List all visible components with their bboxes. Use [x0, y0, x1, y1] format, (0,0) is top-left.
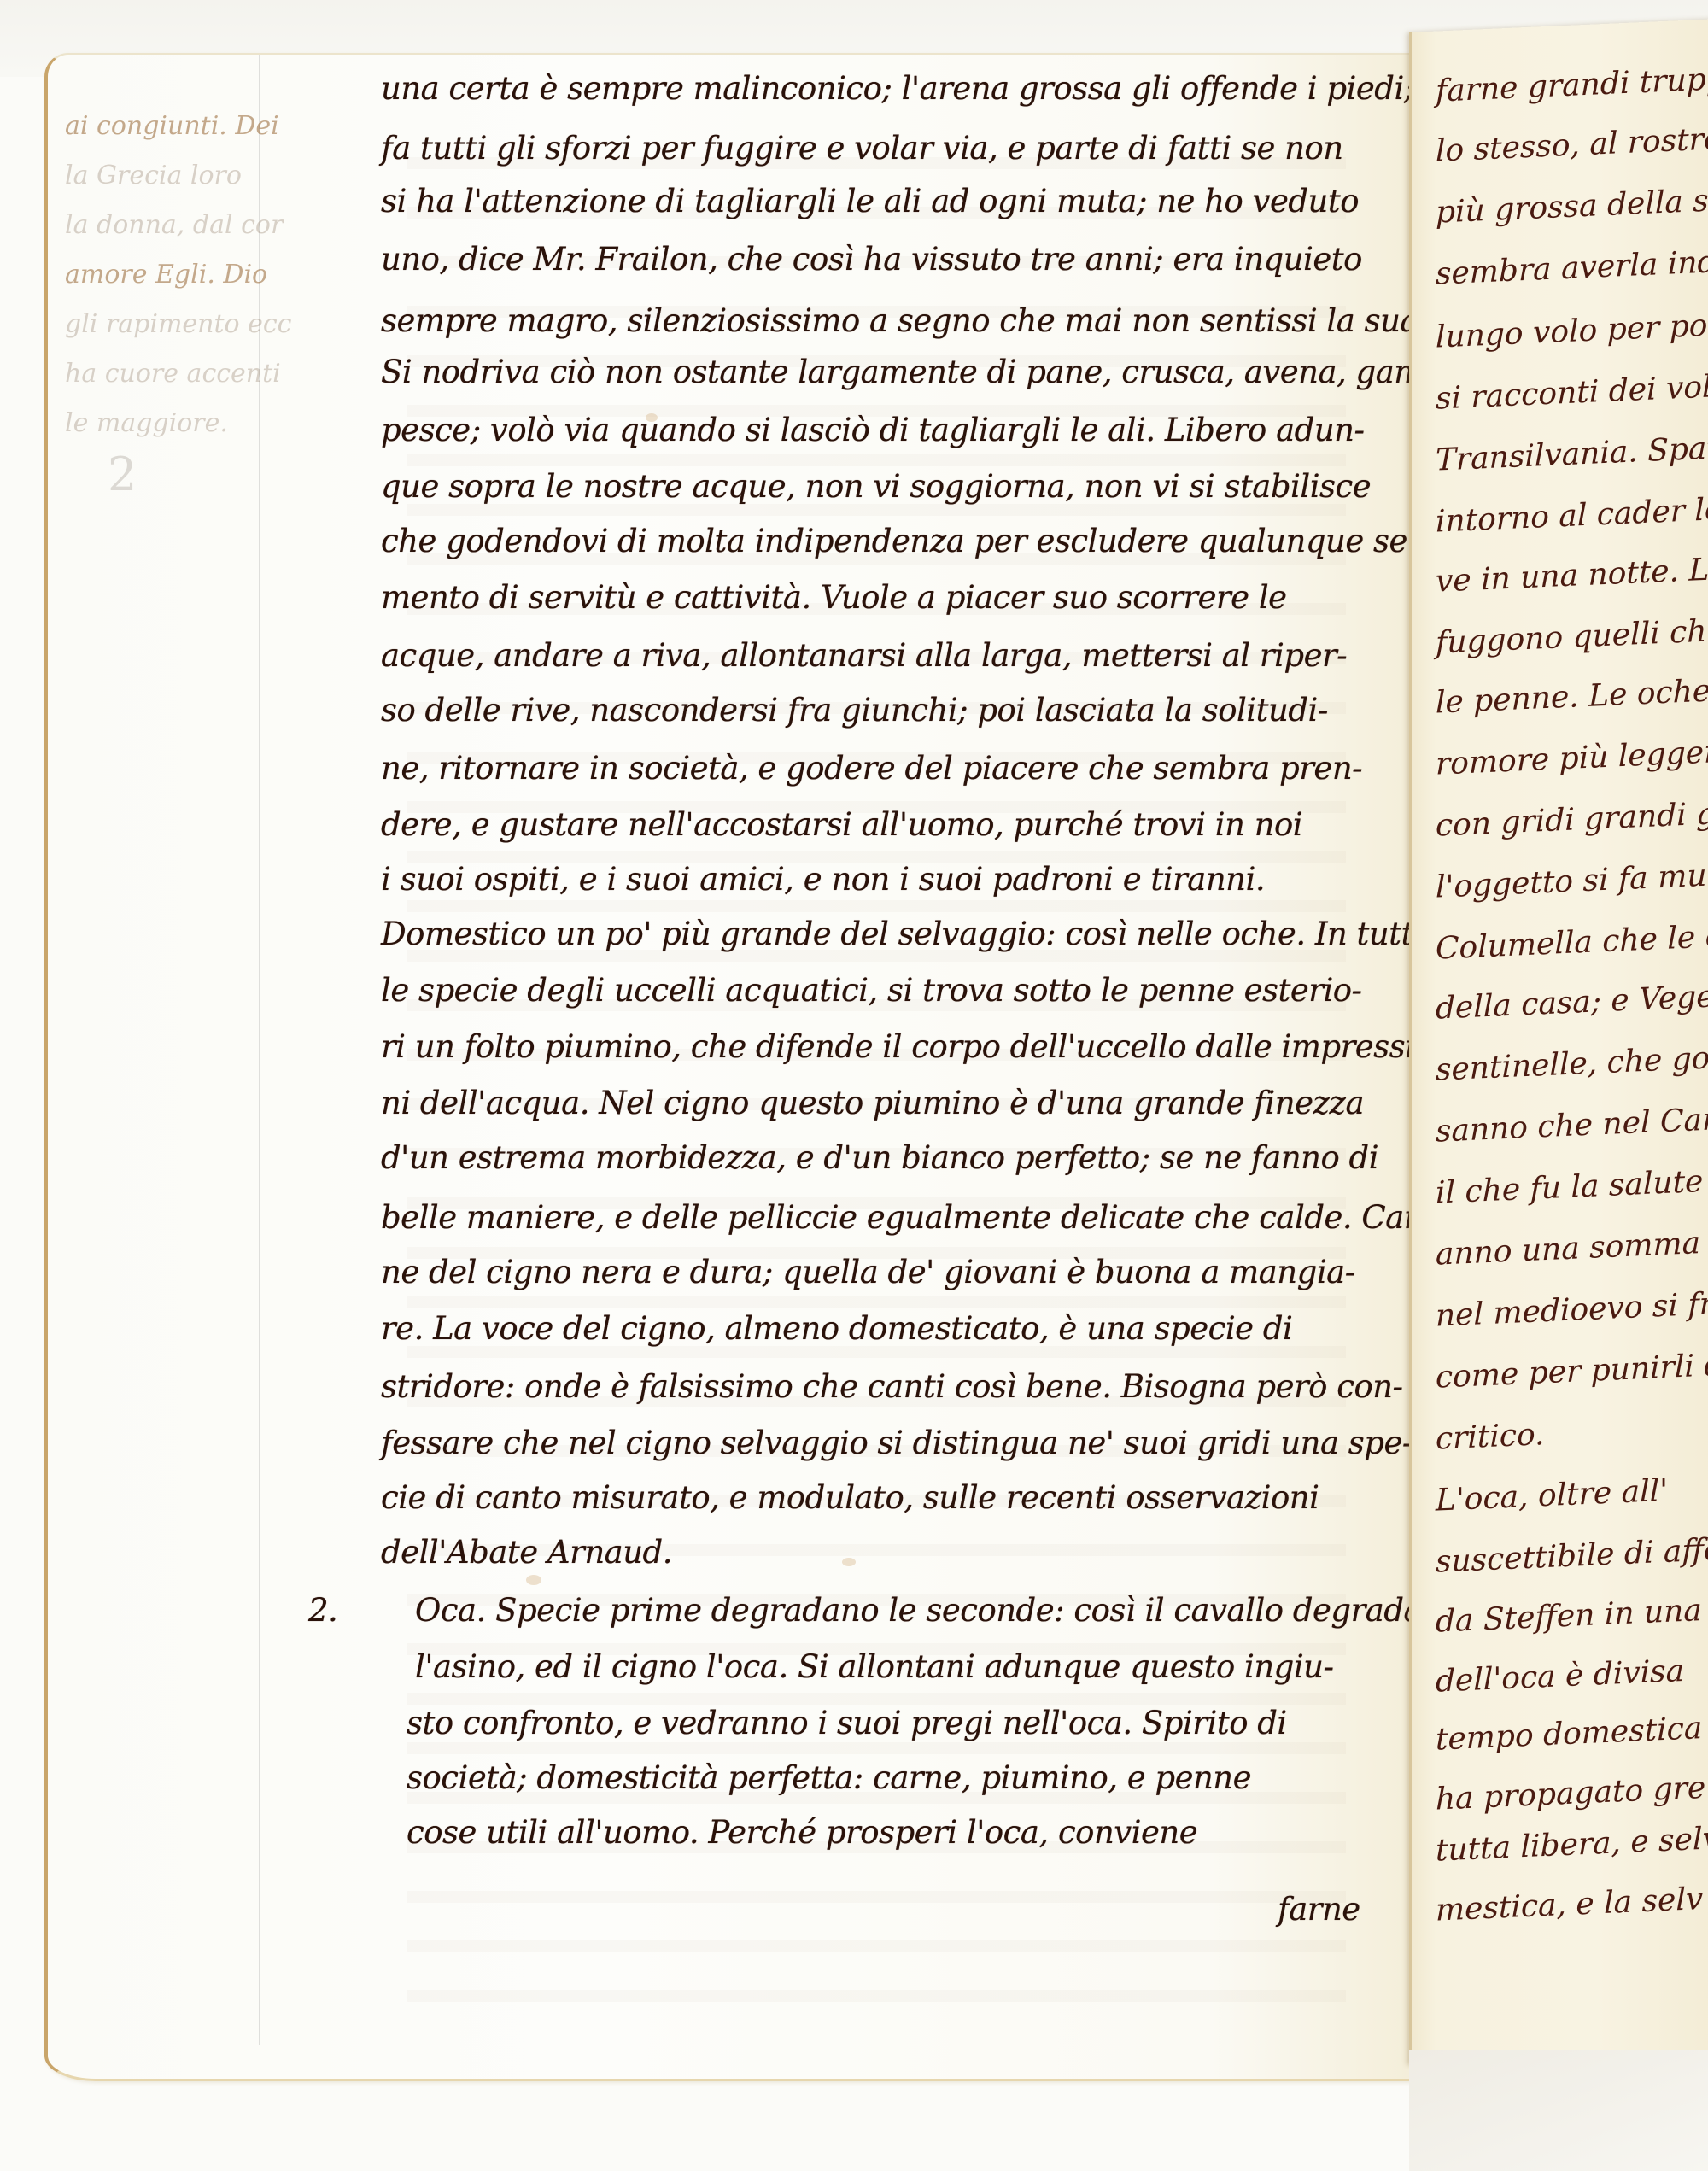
text-line: so delle rive, nascondersi fra giunchi; …	[381, 692, 1328, 729]
text-line: d'un estrema morbidezza, e d'un bianco p…	[381, 1139, 1378, 1176]
margin-note-line: la Grecia loro	[65, 151, 253, 201]
text-line: uno, dice Mr. Frailon, che così ha vissu…	[381, 241, 1362, 278]
text-line: ni dell'acqua. Nel cigno questo piumino …	[381, 1085, 1364, 1121]
text-line: le specie degli uccelli acquatici, si tr…	[381, 972, 1362, 1009]
text-line: si racconti dei voli	[1436, 369, 1708, 417]
text-line: l'asino, ed il cigno l'oca. Si allontani…	[415, 1648, 1334, 1685]
text-line: mento di servitù e cattività. Vuole a pi…	[381, 579, 1287, 616]
text-line: nel medioevo si fra	[1436, 1285, 1708, 1333]
page-number: 2	[108, 448, 137, 501]
text-line: Domestico un po' più grande del selvaggi…	[381, 916, 1431, 952]
margin-note-line: ai congiunti. Dei	[65, 102, 253, 151]
text-line: pesce; volò via quando si lasciò di tagl…	[381, 412, 1364, 448]
text-line: farne grandi truppe,	[1436, 60, 1708, 108]
left-page: ai congiunti. Dei la Grecia loro la donn…	[44, 53, 1414, 2081]
text-line: sentinelle, che gova	[1436, 1039, 1708, 1088]
section-number: 2.	[308, 1592, 337, 1629]
text-line: L'oca, oltre all'	[1436, 1473, 1668, 1519]
ink-stain	[842, 1558, 856, 1566]
text-line: come per punirli d	[1436, 1348, 1708, 1396]
text-line: della casa; e Vegezi	[1436, 978, 1708, 1027]
text-line: dell'Abate Arnaud.	[381, 1534, 672, 1571]
text-line: anno una somma p	[1436, 1225, 1708, 1273]
text-line: più grossa della selvaggi	[1436, 178, 1708, 231]
text-line: sanno che nel Campi	[1436, 1100, 1708, 1150]
text-line: Oca. Specie prime degradano le seconde: …	[415, 1592, 1422, 1629]
text-line: società; domesticità perfetta: carne, pi…	[407, 1759, 1251, 1796]
catchword: farne	[1278, 1891, 1360, 1928]
text-line: tutta libera, e selv	[1436, 1821, 1708, 1869]
text-line: acque, andare a riva, allontanarsi alla …	[381, 637, 1347, 674]
text-line: cose utili all'uomo. Perché prosperi l'o…	[407, 1814, 1197, 1851]
text-line: Si nodriva ciò non ostante largamente di…	[381, 354, 1486, 390]
text-line: critico.	[1436, 1417, 1545, 1457]
backdrop-bottom	[1409, 2050, 1708, 2171]
text-line: re. La voce del cigno, almeno domesticat…	[381, 1310, 1292, 1347]
margin-note-line: ha cuore accenti	[65, 349, 253, 399]
text-line: con gridi grandi gl	[1436, 796, 1708, 844]
text-line: le penne. Le oche	[1436, 674, 1708, 721]
text-line: lungo volo per potersi	[1436, 305, 1708, 355]
text-line: lo stesso, al rostro, e	[1436, 120, 1708, 169]
text-line: sembra averla indebolit	[1436, 241, 1708, 292]
text-line: da Steffen in una	[1436, 1593, 1702, 1640]
margin-note-line: le maggiore.	[65, 399, 253, 448]
text-line: si ha l'attenzione di tagliargli le ali …	[381, 183, 1359, 219]
text-line: romore più leggero	[1436, 734, 1708, 781]
text-line: che godendovi di molta indipendenza per …	[381, 523, 1459, 559]
text-line: sto confronto, e vedranno i suoi pregi n…	[407, 1705, 1287, 1741]
text-line: fuggono quelli che lor	[1436, 611, 1708, 660]
text-line: Transilvania. Spaventa	[1436, 427, 1708, 477]
text-line: intorno al cader le g	[1436, 490, 1708, 539]
text-line: fessare che nel cigno selvaggio si disti…	[381, 1425, 1413, 1461]
text-line: que sopra le nostre acque, non vi soggio…	[381, 468, 1371, 505]
right-page: farne grandi truppe, lo stesso, al rostr…	[1409, 19, 1708, 2065]
margin-note-line: amore Egli. Dio	[65, 250, 253, 300]
text-line: una certa è sempre malinconico; l'arena …	[381, 70, 1414, 107]
text-line: stridore: onde è falsissimo che canti co…	[381, 1368, 1403, 1405]
text-line: suscettibile di affez	[1436, 1531, 1708, 1579]
margin-notes: ai congiunti. Dei la Grecia loro la donn…	[65, 102, 253, 448]
text-line: mestica, e la selv	[1436, 1881, 1703, 1928]
text-line: fa tutti gli sforzi per fuggire e volar …	[381, 130, 1343, 167]
margin-note-line: gli rapimento ecc	[65, 300, 253, 349]
text-line: i suoi ospiti, e i suoi amici, e non i s…	[381, 861, 1265, 898]
text-line: cie di canto misurato, e modulato, sulle…	[381, 1479, 1319, 1516]
text-line: ha propagato gre	[1436, 1770, 1705, 1817]
text-line: Columella che le oche	[1436, 916, 1708, 967]
text-line: dell'oca è divisa	[1436, 1653, 1684, 1700]
text-line: belle maniere, e delle pelliccie egualme…	[381, 1199, 1429, 1236]
text-line: sempre magro, silenziosissimo a segno ch…	[381, 302, 1509, 339]
text-line: dere, e gustare nell'accostarsi all'uomo…	[381, 806, 1302, 843]
margin-rule	[259, 55, 260, 2045]
text-line: tempo domestica	[1436, 1711, 1702, 1758]
text-line: ne del cigno nera e dura; quella de' gio…	[381, 1254, 1355, 1290]
text-line: l'oggetto si fa mut	[1436, 857, 1708, 904]
text-line: ne, ritornare in società, e godere del p…	[381, 750, 1362, 787]
text-line: il che fu la salute	[1436, 1164, 1703, 1211]
margin-note-line: la donna, dal cor	[65, 201, 253, 250]
text-line: ri un folto piumino, che difende il corp…	[381, 1028, 1443, 1065]
text-line: ve in una notte. L	[1436, 553, 1708, 600]
ink-stain	[526, 1575, 541, 1585]
